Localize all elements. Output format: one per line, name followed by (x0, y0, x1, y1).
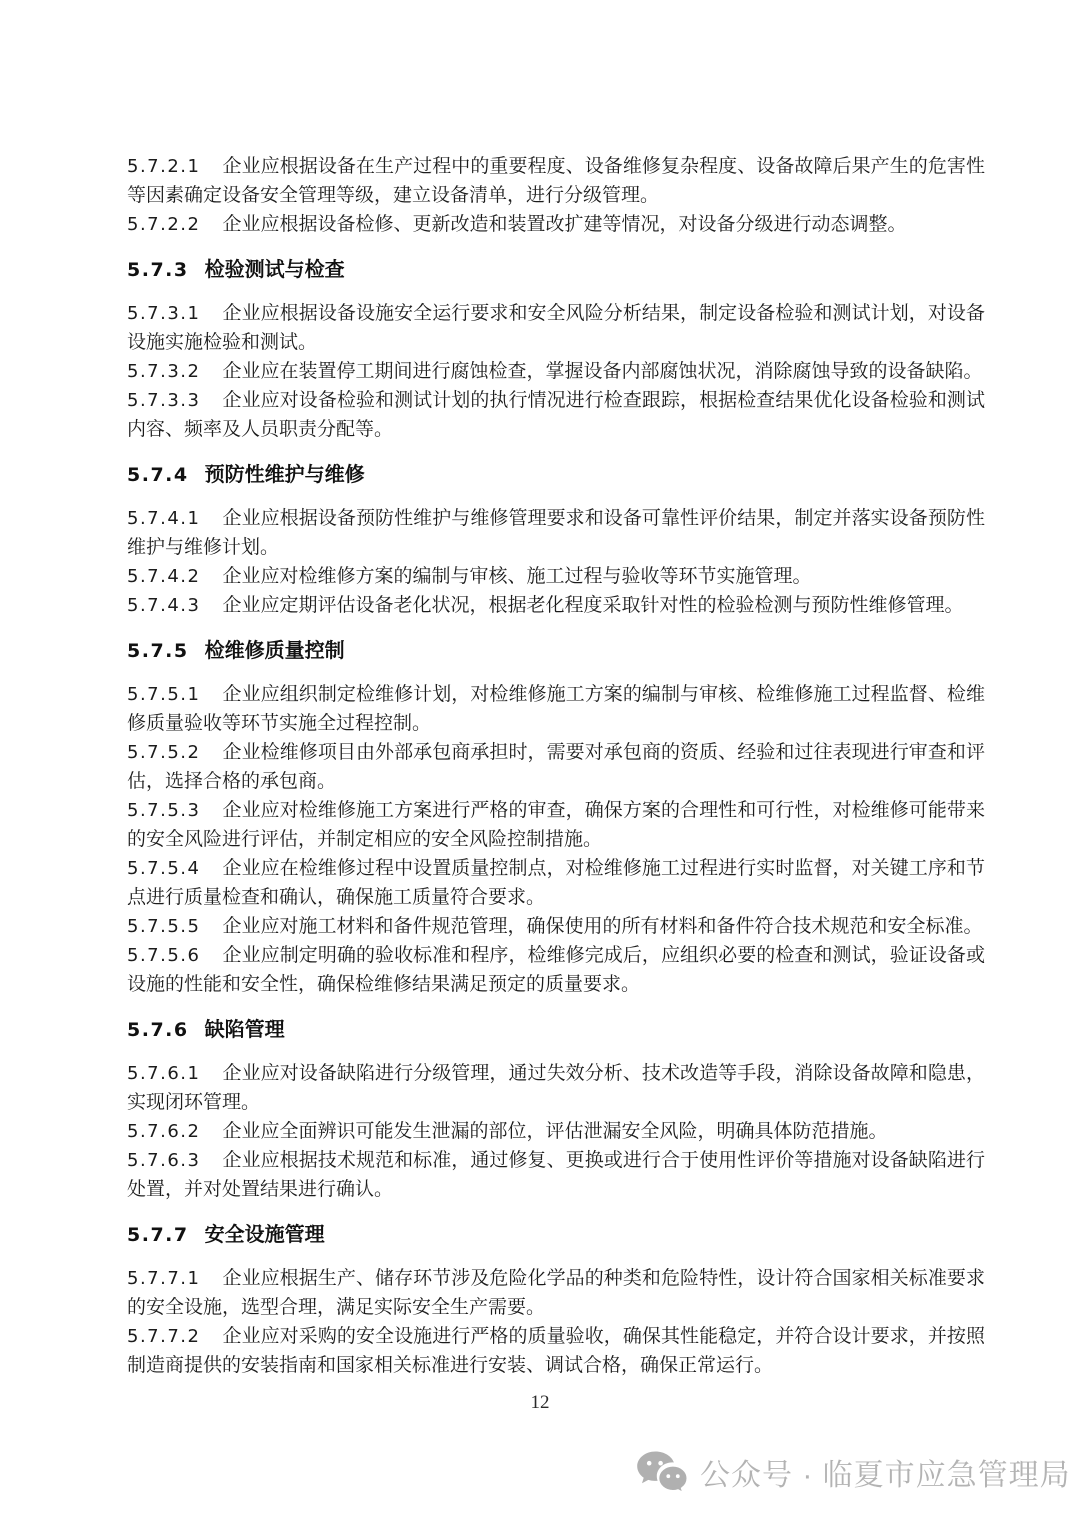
clause-text: 企业应全面辨识可能发生泄漏的部位，评估泄漏安全风险，明确具体防范措施。 (222, 1121, 887, 1142)
clause-text: 企业应对检维修施工方案进行严格的审查，确保方案的合理性和可行性，对检维修可能带来… (127, 800, 985, 850)
clause-text: 检验测试与检查 (205, 259, 345, 281)
clause-number: 5.7.2.2 (127, 214, 200, 235)
clause-paragraph: 5.7.5.3企业应对检维修施工方案进行严格的审查，确保方案的合理性和可行性，对… (127, 796, 985, 854)
clause-paragraph: 5.7.6.1企业应对设备缺陷进行分级管理，通过失效分析、技术改造等手段，消除设… (127, 1059, 985, 1117)
clause-text: 企业应对检维修方案的编制与审核、施工过程与验收等环节实施管理。 (222, 566, 811, 587)
clause-number: 5.7.5.4 (127, 858, 200, 879)
clause-number: 5.7.4.2 (127, 566, 200, 587)
watermark-label: 公众号 · 临夏市应急管理局 (700, 1450, 1071, 1494)
clause-number: 5.7.7.1 (127, 1268, 200, 1289)
clause-text: 安全设施管理 (205, 1224, 325, 1246)
document-body: 5.7.2.1企业应根据设备在生产过程中的重要程度、设备维修复杂程度、设备故障后… (127, 152, 985, 1380)
document-page: 5.7.2.1企业应根据设备在生产过程中的重要程度、设备维修复杂程度、设备故障后… (0, 0, 1080, 1527)
clause-text: 企业应根据生产、储存环节涉及危险化学品的种类和危险特性，设计符合国家相关标准要求… (127, 1268, 985, 1318)
clause-number: 5.7.3 (127, 259, 189, 281)
clause-paragraph: 5.7.7.2企业应对采购的安全设施进行严格的质量验收，确保其性能稳定，并符合设… (127, 1322, 985, 1380)
clause-paragraph: 5.7.5.5企业应对施工材料和备件规范管理，确保使用的所有材料和备件符合技术规… (127, 912, 985, 941)
clause-text: 企业应在装置停工期间进行腐蚀检查，掌握设备内部腐蚀状况，消除腐蚀导致的设备缺陷。 (222, 361, 982, 382)
wechat-icon (636, 1450, 688, 1494)
clause-paragraph: 5.7.5.4企业应在检维修过程中设置质量控制点，对检维修施工过程进行实时监督，… (127, 854, 985, 912)
clause-number: 5.7.6.3 (127, 1150, 200, 1171)
clause-number: 5.7.7 (127, 1224, 189, 1246)
clause-paragraph: 5.7.7.1企业应根据生产、储存环节涉及危险化学品的种类和危险特性，设计符合国… (127, 1264, 985, 1322)
clause-paragraph: 5.7.6.2企业应全面辨识可能发生泄漏的部位，评估泄漏安全风险，明确具体防范措… (127, 1117, 985, 1146)
clause-number: 5.7.5.5 (127, 916, 200, 937)
clause-paragraph: 5.7.6.3企业应根据技术规范和标准，通过修复、更换或进行合于使用性评价等措施… (127, 1146, 985, 1204)
section-heading: 5.7.4预防性维护与维修 (127, 461, 985, 490)
section-heading: 5.7.6缺陷管理 (127, 1016, 985, 1045)
clause-text: 预防性维护与维修 (205, 464, 365, 486)
clause-paragraph: 5.7.3.3企业应对设备检验和测试计划的执行情况进行检查跟踪，根据检查结果优化… (127, 386, 985, 444)
clause-number: 5.7.5 (127, 640, 189, 662)
clause-text: 检维修质量控制 (205, 640, 345, 662)
section-heading: 5.7.7安全设施管理 (127, 1221, 985, 1250)
clause-number: 5.7.5.2 (127, 742, 200, 763)
clause-number: 5.7.5.3 (127, 800, 200, 821)
clause-text: 缺陷管理 (205, 1019, 285, 1041)
clause-paragraph: 5.7.4.1企业应根据设备预防性维护与维修管理要求和设备可靠性评价结果，制定并… (127, 504, 985, 562)
section-heading: 5.7.3检验测试与检查 (127, 256, 985, 285)
clause-text: 企业应对设备检验和测试计划的执行情况进行检查跟踪，根据检查结果优化设备检验和测试… (127, 390, 985, 440)
clause-text: 企业应根据技术规范和标准，通过修复、更换或进行合于使用性评价等措施对设备缺陷进行… (127, 1150, 985, 1200)
clause-paragraph: 5.7.2.1企业应根据设备在生产过程中的重要程度、设备维修复杂程度、设备故障后… (127, 152, 985, 210)
clause-text: 企业检维修项目由外部承包商承担时，需要对承包商的资质、经验和过往表现进行审查和评… (127, 742, 985, 792)
clause-text: 企业应对设备缺陷进行分级管理，通过失效分析、技术改造等手段，消除设备故障和隐患，… (127, 1063, 985, 1113)
clause-number: 5.7.5.6 (127, 945, 200, 966)
clause-number: 5.7.6 (127, 1019, 189, 1041)
clause-number: 5.7.5.1 (127, 684, 200, 705)
clause-paragraph: 5.7.4.3企业应定期评估设备老化状况，根据老化程度采取针对性的检验检测与预防… (127, 591, 985, 620)
clause-text: 企业应在检维修过程中设置质量控制点，对检维修施工过程进行实时监督，对关键工序和节… (127, 858, 985, 908)
clause-number: 5.7.4 (127, 464, 189, 486)
clause-number: 5.7.2.1 (127, 156, 200, 177)
clause-paragraph: 5.7.3.1企业应根据设备设施安全运行要求和安全风险分析结果，制定设备检验和测… (127, 299, 985, 357)
clause-number: 5.7.3.3 (127, 390, 200, 411)
clause-number: 5.7.3.2 (127, 361, 200, 382)
clause-text: 企业应组织制定检维修计划，对检维修施工方案的编制与审核、检维修施工过程监督、检维… (127, 684, 985, 734)
clause-paragraph: 5.7.5.1企业应组织制定检维修计划，对检维修施工方案的编制与审核、检维修施工… (127, 680, 985, 738)
clause-text: 企业应根据设备在生产过程中的重要程度、设备维修复杂程度、设备故障后果产生的危害性… (127, 156, 985, 206)
clause-text: 企业应根据设备预防性维护与维修管理要求和设备可靠性评价结果，制定并落实设备预防性… (127, 508, 985, 558)
clause-paragraph: 5.7.5.2企业检维修项目由外部承包商承担时，需要对承包商的资质、经验和过往表… (127, 738, 985, 796)
clause-text: 企业应根据设备检修、更新改造和装置改扩建等情况，对设备分级进行动态调整。 (222, 214, 906, 235)
clause-paragraph: 5.7.2.2企业应根据设备检修、更新改造和装置改扩建等情况，对设备分级进行动态… (127, 210, 985, 239)
clause-number: 5.7.4.3 (127, 595, 200, 616)
clause-text: 企业应制定明确的验收标准和程序，检维修完成后，应组织必要的检查和测试，验证设备或… (127, 945, 985, 995)
watermark: 公众号 · 临夏市应急管理局 (636, 1450, 1071, 1494)
clause-text: 企业应对采购的安全设施进行严格的质量验收，确保其性能稳定，并符合设计要求，并按照… (127, 1326, 985, 1376)
clause-number: 5.7.6.1 (127, 1063, 200, 1084)
clause-number: 5.7.4.1 (127, 508, 200, 529)
clause-text: 企业应定期评估设备老化状况，根据老化程度采取针对性的检验检测与预防性维修管理。 (222, 595, 963, 616)
clause-number: 5.7.3.1 (127, 303, 200, 324)
clause-number: 5.7.7.2 (127, 1326, 200, 1347)
clause-paragraph: 5.7.3.2企业应在装置停工期间进行腐蚀检查，掌握设备内部腐蚀状况，消除腐蚀导… (127, 357, 985, 386)
section-heading: 5.7.5检维修质量控制 (127, 637, 985, 666)
clause-text: 企业应根据设备设施安全运行要求和安全风险分析结果，制定设备检验和测试计划，对设备… (127, 303, 985, 353)
clause-paragraph: 5.7.4.2企业应对检维修方案的编制与审核、施工过程与验收等环节实施管理。 (127, 562, 985, 591)
clause-paragraph: 5.7.5.6企业应制定明确的验收标准和程序，检维修完成后，应组织必要的检查和测… (127, 941, 985, 999)
clause-text: 企业应对施工材料和备件规范管理，确保使用的所有材料和备件符合技术规范和安全标准。 (222, 916, 982, 937)
page-number: 12 (0, 1392, 1080, 1414)
clause-number: 5.7.6.2 (127, 1121, 200, 1142)
